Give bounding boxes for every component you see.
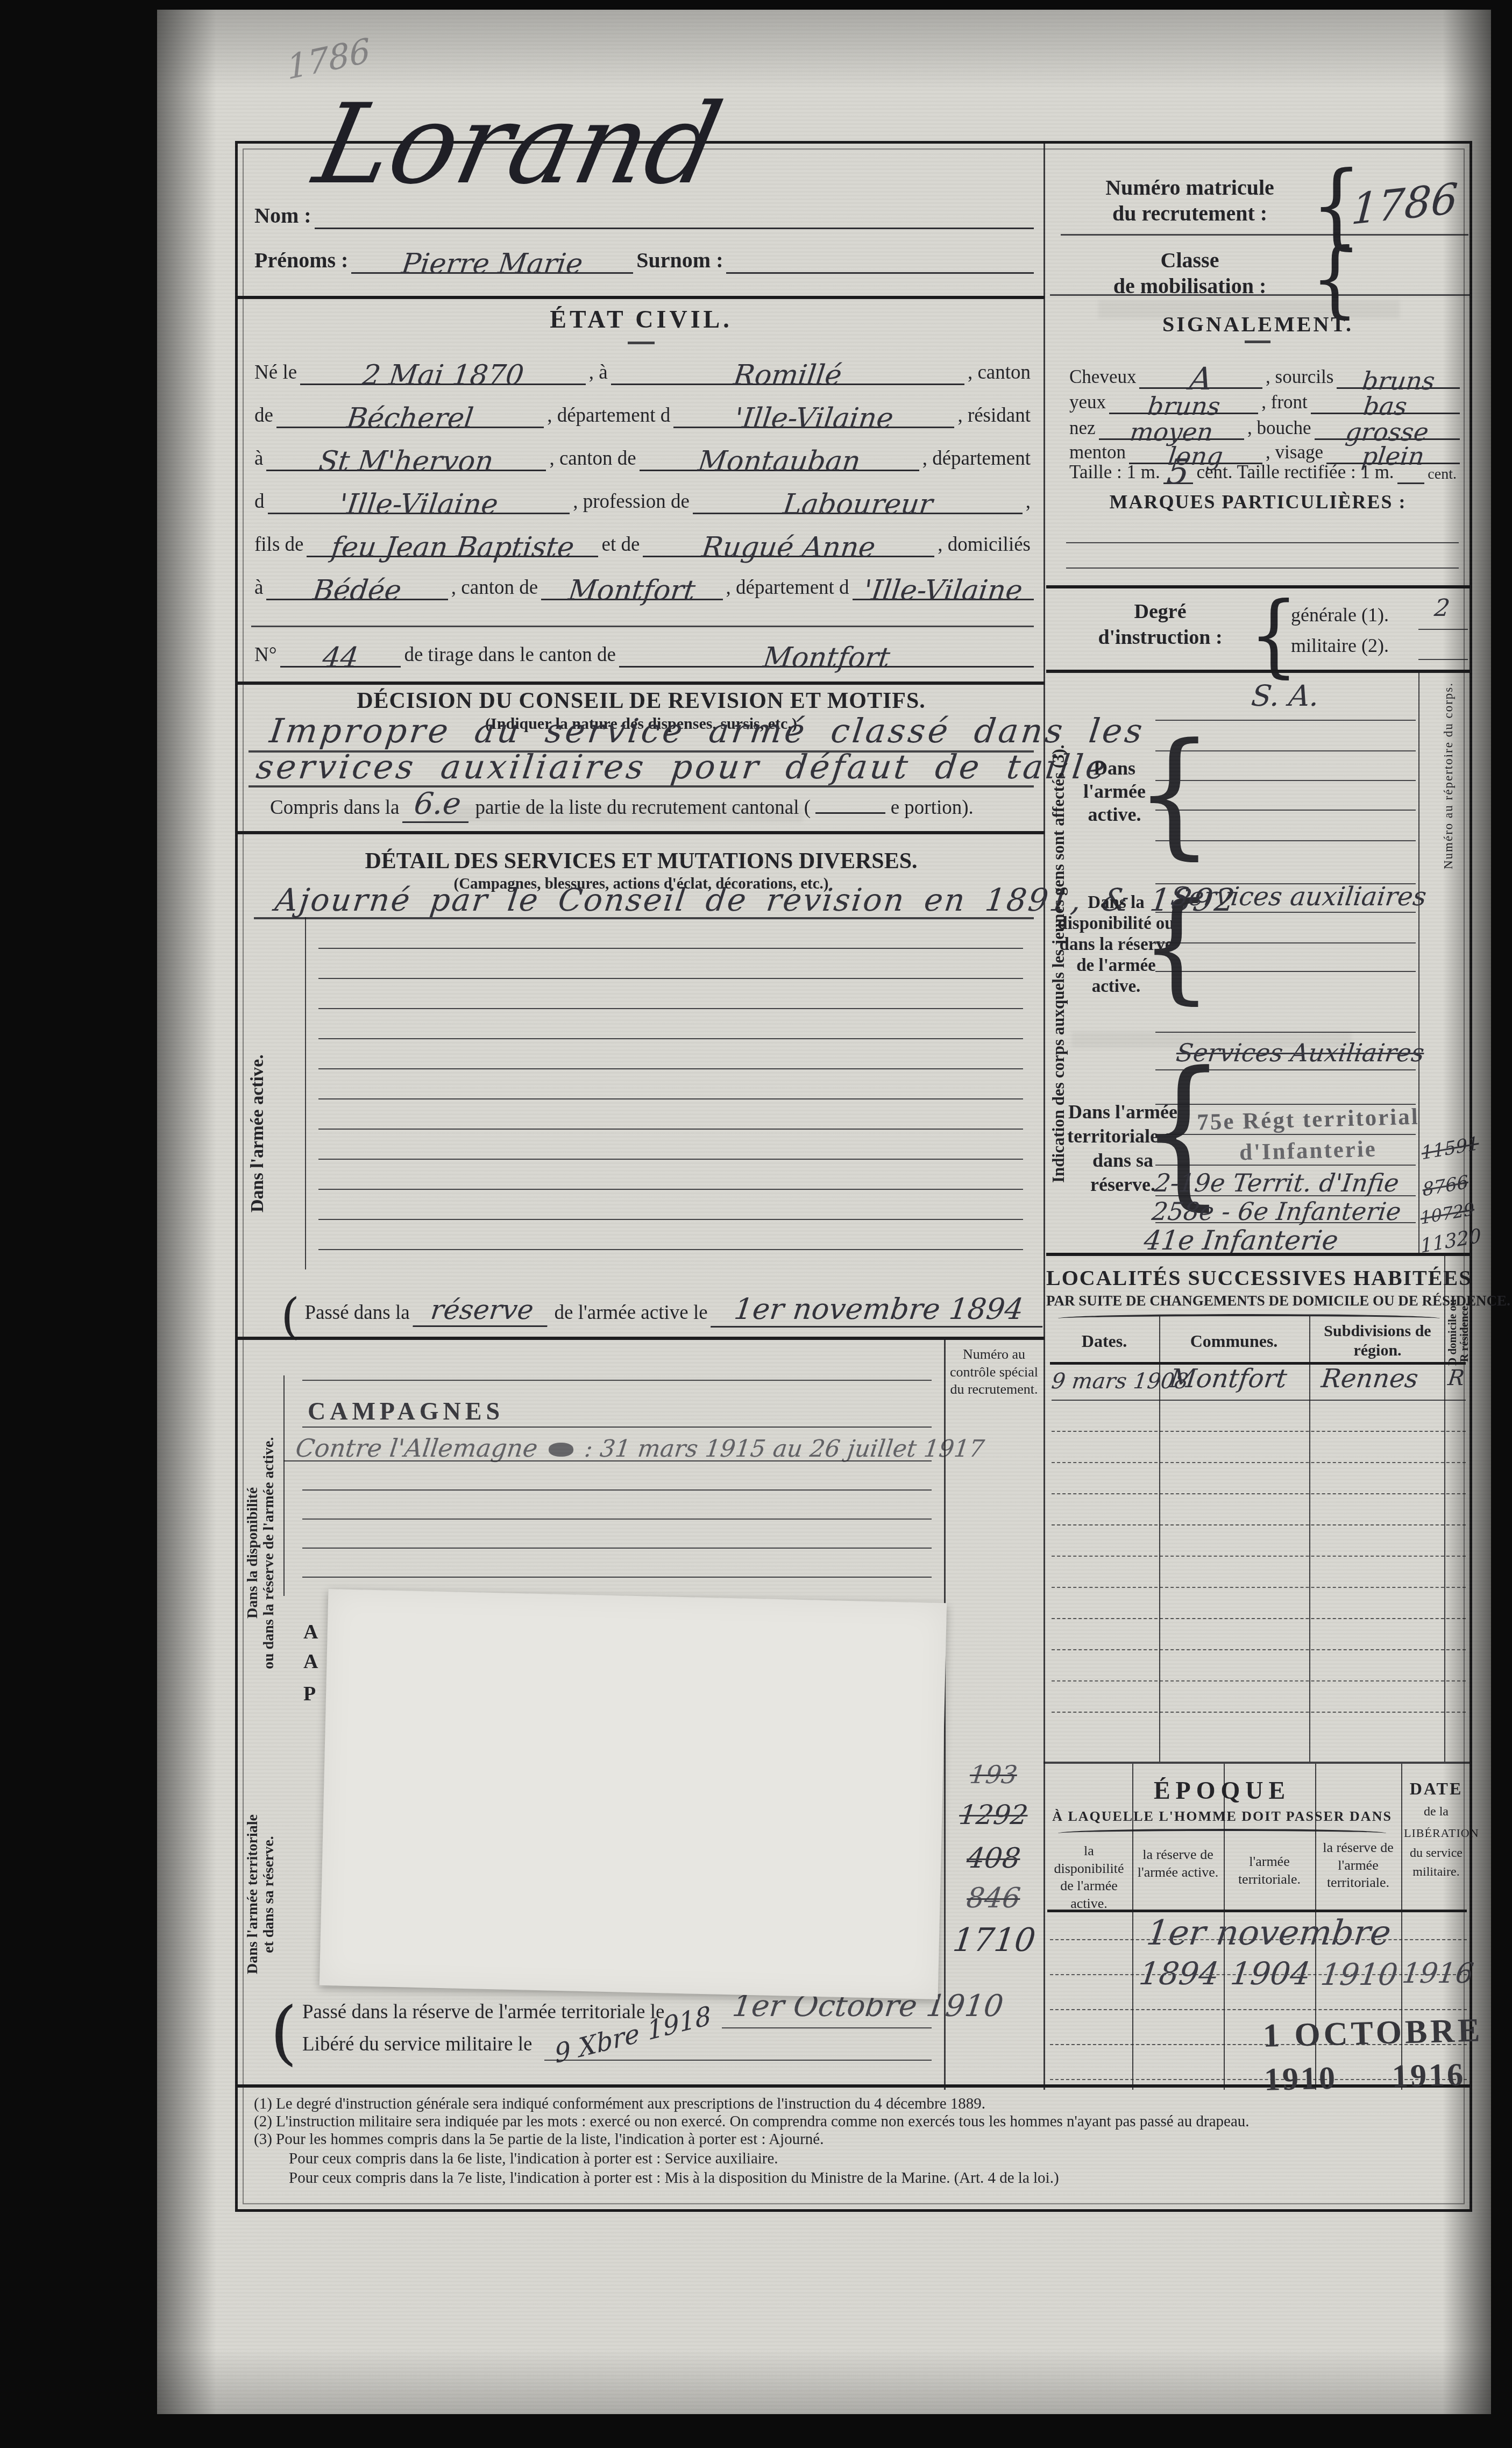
residence-value: St M'hervon (318, 451, 495, 473)
libere-label: Libéré du service militaire le (302, 2033, 532, 2056)
mother-field: Rugué Anne (643, 533, 934, 557)
terr-value-1: 2-19e Territ. d'Infie (1153, 1168, 1401, 1197)
rule-line (1052, 1462, 1466, 1463)
father-field: feu Jean Baptiste (307, 533, 598, 557)
localites-col-communes: Communes. (1161, 1331, 1307, 1351)
a-label: à (251, 447, 266, 471)
decision-title: DÉCISION DU CONSEIL DE REVISION ET MOTIF… (254, 688, 1028, 714)
repertoire-num-2: 8766 (1422, 1171, 1469, 1201)
etat-civil-title: ÉTAT CIVIL. (442, 305, 840, 334)
paper-page: 1786 Lorand Nom : Prénoms : Pierre Marie… (157, 10, 1491, 2414)
tirage-num-value: 44 (321, 647, 359, 670)
repertoire-divider (1418, 670, 1419, 1253)
compris-label-1: Compris dans la (270, 797, 399, 819)
rule-line (318, 1219, 1023, 1220)
rule-line (1052, 1400, 1466, 1401)
birth-place-value: Romillé (733, 365, 843, 387)
services-title: DÉTAIL DES SERVICES ET MUTATIONS DIVERSE… (254, 848, 1028, 874)
rule-line (1052, 1587, 1466, 1588)
taille-row: Taille : 1 m. 5 cent. Taille rectifiée :… (1066, 454, 1460, 484)
profession-value: Laboureur (782, 494, 934, 516)
rule-line (1052, 1524, 1466, 1525)
surname-signature: Lorand (307, 90, 730, 200)
rule-line (1052, 1618, 1466, 1619)
rule-line (1155, 1222, 1416, 1223)
matricule-label-line1: Numéro matricule (1077, 175, 1303, 200)
domicilies-label: , domiciliés (934, 533, 1034, 557)
campagne-entry: Contre l'Allemagne : 31 mars 1915 au 26 … (296, 1434, 984, 1463)
rule-line (1052, 1493, 1466, 1494)
rule-line (1061, 234, 1468, 236)
canton-row: de Bécherel , département d 'Ille-Vilain… (251, 394, 1034, 428)
classe-label-line1: Classe (1077, 247, 1303, 273)
repertoire-num-3: 10729 (1419, 1198, 1475, 1229)
ink-blot (549, 1443, 573, 1457)
sa-annotation: S. A. (1250, 679, 1321, 713)
rule-line (302, 1577, 932, 1578)
rule-line (1066, 542, 1459, 543)
comma: , (1023, 490, 1034, 514)
epoque-col-1-header: la disponibilité de l'armée active. (1047, 1842, 1131, 1912)
profession-row: d 'Ille-Vilaine , profession de Laboureu… (251, 480, 1034, 514)
canton3-field: Montfort (541, 576, 722, 600)
rule-line (1155, 1165, 1416, 1166)
passe-label-2: de l'armée active le (555, 1302, 708, 1324)
regiment-stamp-line1: 75e Régt territorial (1195, 1104, 1421, 1136)
compris-blank (815, 812, 885, 814)
cent-label: cent. (1424, 466, 1460, 484)
rule-line (1155, 1195, 1416, 1196)
taille-rectifiee-label: cent. Taille rectifiée : 1 m. (1193, 462, 1397, 484)
matricule-value: 1786 (1350, 174, 1459, 235)
rule-line (251, 626, 1034, 627)
epoque-title: ÉPOQUE (1050, 1776, 1394, 1805)
rule-line (1155, 942, 1416, 943)
terr-vertical-label-2: et dans sa réserve. (260, 1806, 274, 1983)
dispo-vertical-label-2: ou dans la réserve de l'armée active. (260, 1381, 274, 1725)
pasted-paper-slip (320, 1589, 947, 1999)
terr-value-2: 258e - 6e Infanterie (1151, 1197, 1403, 1226)
passe-territoriale-label: Passé dans la réserve de l'armée territo… (302, 2000, 664, 2024)
rule-line (318, 978, 1023, 979)
epoque-brace-ornament (1058, 1829, 1386, 1837)
dispo-value: Services auxiliaires (1169, 882, 1428, 912)
title-underline (1245, 340, 1270, 343)
rule-line (1052, 1556, 1466, 1557)
firstnames-row: Prénoms : Pierre Marie Surnom : (251, 239, 1034, 274)
departement3-label: , département d (723, 576, 853, 600)
canton3-label: , canton de (448, 576, 541, 600)
departement-value: 'Ille-Vilaine (734, 408, 895, 430)
section-rule (1046, 670, 1470, 673)
departement4-field: 'Ille-Vilaine (853, 576, 1034, 600)
opening-paren: ( (270, 1991, 297, 2073)
canton-label: , canton (964, 361, 1034, 385)
firstnames-value: Pierre Marie (401, 253, 584, 276)
localites-subtitle: PAR SUITE DE CHANGEMENTS DE DOMICILE OU … (1046, 1293, 1455, 1309)
taille-field: 5 (1163, 455, 1194, 484)
a3-label: à (251, 576, 266, 600)
epoque-col-2-header: la réserve de l'armée active. (1135, 1846, 1221, 1881)
dispo-vertical-label-1: Dans la disponibilité (244, 1381, 258, 1725)
corps-active-brace: { (1135, 715, 1213, 873)
rule-line (318, 1098, 1023, 1099)
birth-place-label: , à (586, 361, 611, 385)
repertoire-num-1: 11591 (1421, 1133, 1479, 1165)
taille-label: Taille : 1 m. (1066, 462, 1163, 484)
rule-line (302, 1489, 932, 1491)
canton2-value: Montauban (697, 451, 861, 473)
rule-line (318, 1189, 1023, 1190)
rule-line (302, 1548, 932, 1549)
rule-line (544, 2060, 932, 2061)
domicile-value: Bédée (312, 580, 403, 602)
tirage-num-field: 44 (280, 643, 401, 668)
armee-active-vertical-label: Dans l'armée active. (247, 983, 268, 1284)
rule-line (1418, 629, 1468, 630)
profession-label: , profession de (570, 490, 693, 514)
header-rule (238, 296, 1045, 299)
departement2-label: , département (919, 447, 1034, 471)
tirage-no-label: N° (251, 643, 280, 668)
rule-line (1418, 659, 1468, 660)
localites-row-commune: Montfort (1168, 1364, 1289, 1394)
rule-line (1050, 2009, 1467, 2010)
surname-field (315, 228, 1034, 229)
rule-line (318, 1159, 1023, 1160)
d-label: d (251, 490, 268, 514)
de-label: de (251, 404, 276, 428)
epoque-header-rule (1047, 1910, 1467, 1912)
rule-line (318, 1038, 1023, 1039)
footnote-3: (3) Pour les hommes compris dans la 5e p… (254, 2131, 824, 2148)
rule-line (1052, 1431, 1466, 1432)
birth-row: Né le 2 Mai 1870 , à Romillé , canton (251, 351, 1034, 385)
stamp-year-1910: 1910 (1263, 2060, 1338, 2099)
rule-line (1052, 1649, 1466, 1650)
title-underline (628, 342, 655, 344)
residence-field: St M'hervon (266, 447, 546, 471)
footnote-5: Pour ceux compris dans la 7e liste, l'in… (289, 2169, 1059, 2187)
birth-label: Né le (251, 361, 300, 385)
terr-vertical-label-1: Dans l'armée territoriale (244, 1806, 258, 1983)
rule-line (1052, 1712, 1466, 1713)
tirage-label: de tirage dans le canton de (401, 643, 619, 668)
localites-col-divider-2 (1309, 1316, 1310, 1762)
main-column-divider (1044, 144, 1045, 2090)
departement3-field: 'Ille-Vilaine (268, 490, 570, 514)
departement-field: 'Ille-Vilaine (673, 404, 954, 428)
campagne-entry-dates: : 31 mars 1915 au 26 juillet 1917 (583, 1435, 986, 1463)
canton3-value: Montfort (567, 580, 697, 602)
epoque-subtitle: À LAQUELLE L'HOMME DOIT PASSER DANS (1050, 1808, 1394, 1825)
stamp-day-month: 1 OCTOBRE (1262, 2011, 1483, 2055)
epoque-year-3: 1910 (1314, 1957, 1404, 1992)
matricule-label-line2: du recrutement : (1077, 201, 1303, 226)
degre-label-line2: d'instruction : (1071, 626, 1249, 649)
degre-label-line1: Degré (1071, 600, 1249, 623)
controle-header: Numéro au contrôle spécial du recrutemen… (949, 1346, 1039, 1399)
rule-line (254, 917, 1034, 919)
birth-place-field: Romillé (611, 361, 964, 385)
rule-line (1052, 1680, 1466, 1681)
rule-line (302, 1427, 932, 1428)
liberation-header-2: de la (1404, 1805, 1468, 1819)
liberation-header-3: LIBÉRATION (1404, 1826, 1468, 1840)
tirage-canton-field: Montfort (619, 643, 1034, 668)
epoque-year-1: 1894 (1131, 1955, 1227, 1992)
rule-line (283, 1460, 932, 1461)
departement-label: , département d (544, 404, 673, 428)
bleedthrough-smudge (1098, 300, 1400, 318)
nickname-field (726, 272, 1034, 274)
parents-row: fils de feu Jean Baptiste et de Rugué An… (251, 523, 1034, 557)
canton-value: Bécherel (346, 408, 475, 430)
epoque-top-rule (1044, 1762, 1470, 1764)
liberation-date-stamp: 1 OCTOBRE 1910 1916 (1262, 2012, 1472, 2017)
rule-line (318, 1068, 1023, 1069)
mother-value: Rugué Anne (701, 537, 877, 559)
epoque-year-4: 1916 (1400, 1957, 1471, 1990)
rule-line (1155, 912, 1416, 913)
section-rule (1046, 1253, 1470, 1256)
covered-label-fragment-1: A (303, 1620, 318, 1644)
section-rule (238, 1337, 1045, 1340)
controle-num-3: 408 (951, 1842, 1035, 1875)
decision-handwritten-2: services auxiliaires pour défaut de tail… (254, 747, 1111, 786)
epoque-month-entry: 1er novembre (1144, 1913, 1393, 1953)
localites-row-dr: R (1446, 1366, 1466, 1390)
epoque-col-divider-1 (1132, 1764, 1133, 2090)
form-border: Lorand Nom : Prénoms : Pierre Marie Surn… (235, 141, 1472, 2212)
footnote-4: Pour ceux compris dans la 6e liste, l'in… (289, 2150, 778, 2168)
footnote-2: (2) L'instruction militaire sera indiqué… (254, 2113, 1250, 2131)
firstnames-label: Prénoms : (251, 247, 351, 274)
rule-line (302, 1519, 932, 1520)
taille-value: 5 (1166, 459, 1191, 486)
stamp-year-1916: 1916 (1392, 2056, 1466, 2095)
controle-num-5: 1710 (951, 1921, 1037, 1959)
epoque-col-3-header: l'armée territoriale. (1226, 1853, 1312, 1888)
rule-line (1066, 567, 1459, 569)
controle-num-4: 846 (951, 1882, 1035, 1914)
margin-line (283, 1375, 285, 1596)
rule-line (318, 1008, 1023, 1009)
domicile-row: à Bédée , canton de Montfort , départeme… (251, 566, 1034, 600)
passe-label-1: Passé dans la (304, 1302, 409, 1324)
controle-num-1: 193 (952, 1760, 1036, 1789)
tirage-canton-value: Montfort (762, 647, 891, 670)
controle-num-2: 1292 (951, 1799, 1035, 1830)
son-of-label: fils de (251, 533, 307, 557)
domicile-field: Bédée (266, 576, 448, 600)
rule-line (1050, 294, 1470, 296)
localites-title: LOCALITÉS SUCCESSIVES HABITÉES (1046, 1265, 1455, 1290)
canton2-label: , canton de (546, 447, 639, 471)
canton2-field: Montauban (640, 447, 919, 471)
and-of-label: et de (598, 533, 643, 557)
covered-label-fragment-3: P (303, 1682, 316, 1706)
tirage-row: N° 44 de tirage dans le canton de Montfo… (251, 633, 1034, 668)
residant-label: , résidant (954, 404, 1034, 428)
localites-row-subdiv: Rennes (1320, 1364, 1420, 1394)
repertoire-vertical-label: Numéro au répertoire du corps. (1442, 679, 1463, 872)
degre-generale-value: 2 (1433, 594, 1451, 622)
degre-militaire-label: militaire (2). (1291, 634, 1389, 657)
rule-line (318, 1129, 1023, 1130)
taille-rectifiee-field (1397, 482, 1425, 484)
degre-generale-label: générale (1). (1291, 604, 1389, 626)
localites-col-divider-3 (1444, 1256, 1445, 1762)
rule-line (318, 1249, 1023, 1250)
epoque-year-2: 1904 (1223, 1955, 1318, 1992)
scanned-register-sheet: 1786 Lorand Nom : Prénoms : Pierre Marie… (0, 0, 1512, 2448)
liberation-header-1: DATE (1404, 1779, 1468, 1799)
rule-line (722, 2027, 932, 2028)
epoque-col-4-header: la réserve de l'armée territoriale. (1318, 1839, 1399, 1892)
nickname-label: Surnom : (633, 247, 726, 274)
campagnes-stamp: CAMPAGNES (308, 1397, 504, 1425)
passe-value-1: réserve (413, 1294, 551, 1327)
profession-field: Laboureur (693, 490, 1023, 514)
margin-line (305, 917, 306, 1269)
canton-field: Bécherel (276, 404, 544, 428)
section-rule (238, 831, 1045, 834)
localites-col-subdivisions: Subdivisions de région. (1314, 1322, 1442, 1360)
departement4-value: 'Ille-Vilaine (863, 580, 1024, 602)
footnote-1: (1) Le degré d'instruction générale sera… (254, 2095, 985, 2113)
bleedthrough-smudge (426, 806, 803, 822)
rule-line (318, 948, 1023, 949)
localites-col-dates: Dates. (1052, 1331, 1157, 1351)
bleedthrough-smudge (1071, 1032, 1351, 1048)
campagne-entry-enemy: Contre l'Allemagne (294, 1434, 540, 1463)
compris-label-3: e portion). (891, 797, 974, 819)
rule-line (1155, 971, 1416, 972)
covered-label-fragment-2: A (303, 1650, 318, 1673)
terr-value-3: 41e Infanterie (1142, 1225, 1340, 1256)
firstnames-field: Pierre Marie (351, 250, 633, 274)
liberation-header-5: militaire. (1404, 1865, 1468, 1879)
marques-title: MARQUES PARTICULIÈRES : (1046, 491, 1470, 513)
birth-date-value: 2 Mai 1870 (361, 365, 524, 387)
rule-line (302, 1380, 932, 1381)
rule-line (1155, 1134, 1416, 1135)
section-rule (238, 682, 1045, 685)
passe-value-2: 1er novembre 1894 (711, 1292, 1047, 1328)
decision-handwritten-1: Impropre au service armé classé dans les (268, 711, 1147, 750)
liberation-header-4: du service (1404, 1846, 1468, 1861)
departement3-value: 'Ille-Vilaine (338, 494, 500, 516)
father-value: feu Jean Baptiste (330, 537, 575, 559)
corner-matricule-number: 1786 (286, 30, 371, 87)
regiment-stamp-line2: d'Infanterie (1195, 1135, 1421, 1167)
residence-row: à St M'hervon , canton de Montauban , dé… (251, 437, 1034, 471)
birth-date-field: 2 Mai 1870 (300, 361, 586, 385)
